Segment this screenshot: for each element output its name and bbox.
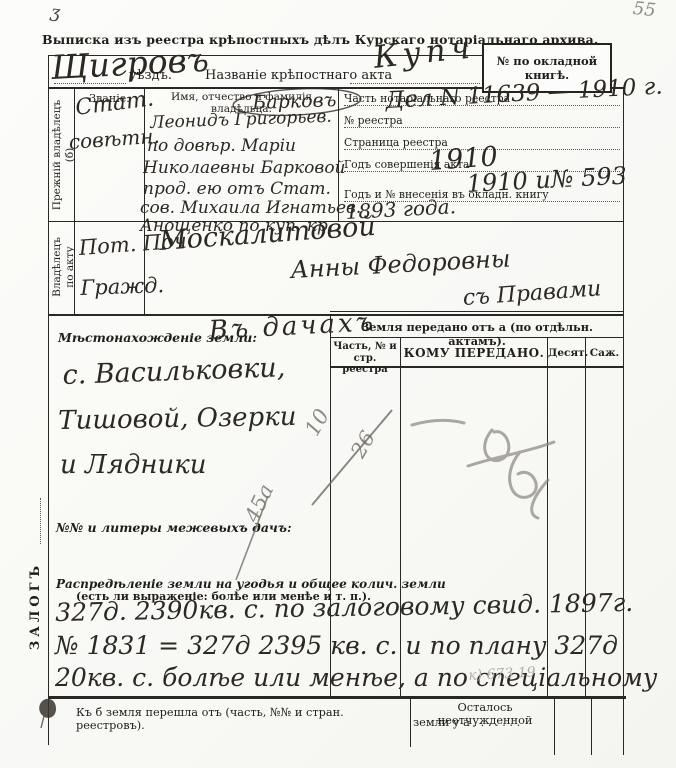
raspredelenie-hw-line: № 1831 = 327д 2395 кв. с. и по плану 327… [55,631,618,660]
column-divider [554,699,555,755]
raspredelenie-hw-line: 20кв. с. болѣе или менѣе, а по спеціальн… [55,663,657,692]
transfer-col-header-to-whom: КОМУ ПЕРЕДАНО. [402,346,546,360]
owner-name-hw-line: по довѣр. Маріи [147,136,296,156]
transfer-col-header-sazh: Саж. [586,347,623,359]
transfer-col-header-desyat: Десят. [548,347,585,359]
pencil-scribble [412,420,554,518]
act-owner-hw: Анны Федоровны [290,244,511,283]
raspredelenie-label: Распредѣленіе земли на угодья и общее ко… [56,577,446,591]
act-owner-hw: Гражд. [80,273,165,300]
row-label-text: Владѣлецъ [51,224,64,310]
transfer-col-header-registry: Часть, № и стр. реестра [331,341,399,376]
act-owner-hw: съ Правами [462,276,602,311]
ruled-line-thick [48,696,626,699]
column-divider [591,699,592,755]
land-location-hw: Тишовой, Озерки [58,402,297,436]
scanned-document-page: ʒ 55 Выписка изъ реестра крѣпостныхъ дѣл… [0,0,676,768]
row-label-text: Прежній владѣлецъ [51,91,64,219]
act-name-label: Названіе крѣпостнаго акта [205,68,392,83]
registry-field: № реестра [344,114,620,128]
column-divider [410,699,411,747]
owner-name-hw-line: прод. ею отъ Стат. [143,179,331,199]
row-label-previous-owner: Прежній владѣлецъ (б) [51,91,75,219]
stray-ink-mark: ʒ [49,2,61,23]
uezd-label: уѣздъ. [129,68,172,83]
bottom-right-label-2: земли у а . . . . . . . [413,716,553,729]
owner-name-hw-line: Николаевны Барковой [143,158,346,178]
registry-field-label: № реестра [344,114,403,127]
col-header-line: стр. реестра [331,353,399,376]
col-header-line: Часть, № и [331,341,399,353]
bottom-left-label: Къ б земля перешла отъ (часть, №№ и стра… [76,706,406,732]
page-number-pencil: 55 [632,0,657,21]
row-label-act-owner: Владѣлецъ по акту [51,224,75,310]
dotted-line [40,498,41,544]
land-location-hw: с. Васильковки, [62,352,286,391]
transfer-pencil-mark-2: 26 [346,427,380,462]
row-label-sub: (б) [64,91,77,219]
margin-zalog-label: ЗАЛОГЪ [28,544,50,668]
row-label-text: по акту [64,224,77,310]
land-location-hw: и Лядники [60,450,207,480]
